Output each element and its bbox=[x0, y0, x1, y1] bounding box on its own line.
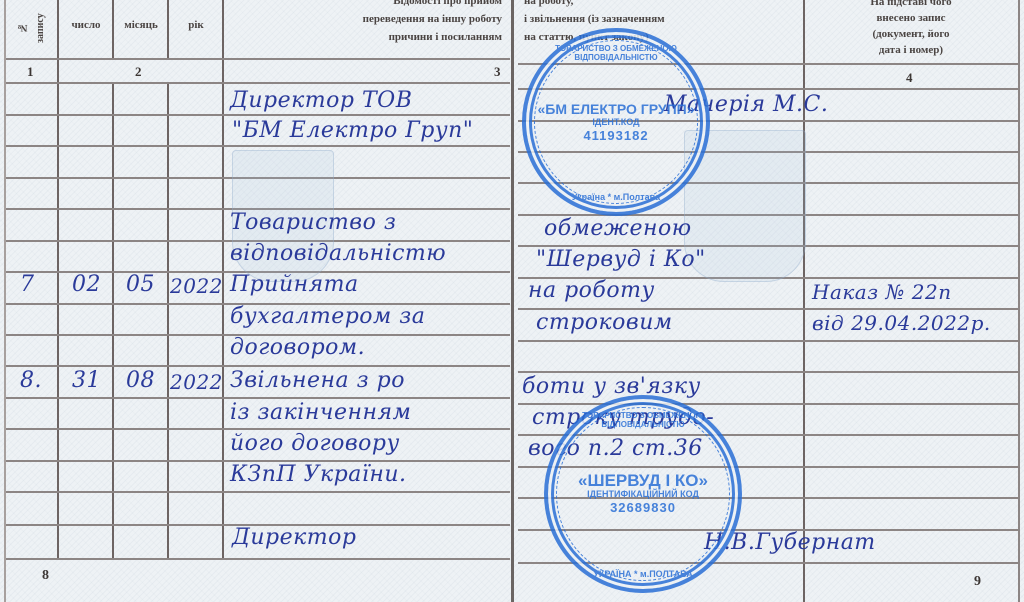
right-page: на роботу, і звільнення (із зазначенням … bbox=[514, 0, 1024, 602]
entry-text-line: на роботу bbox=[528, 278, 655, 303]
row-rule bbox=[6, 114, 510, 116]
row-rule bbox=[518, 340, 1018, 342]
entry-position-line: Директор ТОВ bbox=[230, 88, 412, 113]
row-rule bbox=[6, 58, 510, 60]
row-rule bbox=[6, 428, 510, 430]
header-month: місяць bbox=[115, 16, 167, 34]
row-rule bbox=[6, 491, 510, 493]
entry-number: 8. bbox=[20, 368, 42, 393]
header-line: причини і посиланням bbox=[230, 28, 502, 46]
entry-month: 05 bbox=[126, 272, 155, 297]
header-line: на роботу, bbox=[524, 0, 794, 10]
stamp-location: Україна * м.Полтава bbox=[526, 192, 706, 202]
header-day: число bbox=[60, 16, 112, 34]
entry-text-line: відповідальністю bbox=[230, 241, 446, 266]
stamp-ring-text: ТОВАРИСТВО З ОБМЕЖЕНОЮ ВІДПОВІДАЛЬНІСТЮ bbox=[526, 44, 706, 62]
column-divider bbox=[112, 0, 114, 58]
stamp-id-label: ІДЕНТИФІКАЦІЙНИЙ КОД bbox=[548, 489, 738, 500]
labor-book-spread: № запису число місяць рік Відомості про … bbox=[0, 0, 1024, 602]
stamp-company: «БМ ЕЛЕКТРО ГРУПП» bbox=[526, 101, 706, 117]
page-edge bbox=[4, 0, 6, 602]
row-rule bbox=[518, 371, 1018, 373]
row-rule bbox=[6, 82, 510, 84]
column-divider bbox=[803, 0, 805, 602]
column-divider bbox=[167, 83, 169, 560]
stamp-ring-text: ТОВАРИСТВО З ОБМЕЖЕНОЮ ВІДПОВІДАЛЬНІСТЮ bbox=[548, 411, 738, 429]
basis-date: від 29.04.2022р. bbox=[812, 311, 991, 335]
header-line: дата і номер) bbox=[806, 42, 1016, 58]
column-number-3: 3 bbox=[494, 64, 501, 80]
header-entry-number: № запису bbox=[14, 8, 50, 48]
signatory-title: Директор bbox=[232, 525, 356, 550]
entry-text-line: із закінченням bbox=[230, 400, 411, 425]
entry-text-line: його договору bbox=[230, 431, 400, 456]
page-number-right: 9 bbox=[974, 574, 981, 590]
header-year: рік bbox=[170, 16, 222, 34]
column-number-2: 2 bbox=[135, 64, 142, 80]
header-basis: На підставі чого внесено запис (документ… bbox=[806, 0, 1016, 58]
column-divider bbox=[167, 0, 169, 58]
entry-text-line: "Шервуд і Ко" bbox=[536, 247, 706, 272]
basis-document: Наказ № 22п bbox=[812, 280, 952, 304]
column-number-1: 1 bbox=[27, 64, 34, 80]
stamp-id-label: ІДЕНТ.КОД bbox=[526, 117, 706, 128]
entry-text-line: бухгалтером за bbox=[230, 304, 425, 329]
left-page: № запису число місяць рік Відомості про … bbox=[0, 0, 512, 602]
page-number-left: 8 bbox=[42, 568, 49, 584]
entry-text-line: Прийнята bbox=[230, 272, 359, 297]
entry-text-line: обмеженою bbox=[544, 216, 692, 241]
column-divider bbox=[57, 0, 59, 560]
stamp-company: «ШЕРВУД І КО» bbox=[548, 473, 738, 489]
page-edge bbox=[1018, 0, 1020, 602]
header-line: переведення на іншу роботу bbox=[230, 10, 502, 28]
stamp-location: УКРАЇНА * м.ПОЛТАВА bbox=[548, 569, 738, 579]
entry-day: 31 bbox=[72, 368, 101, 393]
company-stamp-bm-electro: ТОВАРИСТВО З ОБМЕЖЕНОЮ ВІДПОВІДАЛЬНІСТЮ … bbox=[522, 28, 710, 216]
entry-month: 08 bbox=[126, 368, 155, 393]
stamp-center: «БМ ЕЛЕКТРО ГРУПП» ІДЕНТ.КОД 41193182 bbox=[526, 101, 706, 143]
entry-text-line: договором. bbox=[230, 335, 365, 360]
entry-number: 7 bbox=[20, 272, 35, 297]
stamp-center: «ШЕРВУД І КО» ІДЕНТИФІКАЦІЙНИЙ КОД 32689… bbox=[548, 473, 738, 515]
row-rule bbox=[6, 558, 510, 560]
stamp-id-code: 32689830 bbox=[548, 500, 738, 515]
row-rule bbox=[6, 397, 510, 399]
header-line: (документ, його bbox=[806, 26, 1016, 42]
header-line: внесено запис bbox=[806, 10, 1016, 26]
entry-text-line: строковим bbox=[536, 310, 673, 335]
entry-year: 2022 bbox=[170, 274, 223, 298]
row-rule bbox=[6, 145, 510, 147]
entry-text-line: боти у зв'язку bbox=[522, 374, 701, 399]
entry-year: 2022 bbox=[170, 370, 223, 394]
header-line: Відомості про прийом bbox=[230, 0, 502, 10]
header-line: На підставі чого bbox=[806, 0, 1016, 10]
entry-text-line: КЗпП України. bbox=[230, 462, 407, 487]
entry-text-line: Товариство з bbox=[230, 210, 396, 235]
header-details-left: Відомості про прийом переведення на іншу… bbox=[230, 0, 502, 46]
entry-position-line: "БМ Електро Груп" bbox=[232, 118, 473, 143]
column-number-4: 4 bbox=[906, 70, 913, 86]
entry-day: 02 bbox=[72, 272, 101, 297]
stamp-id-code: 41193182 bbox=[526, 128, 706, 143]
row-rule bbox=[6, 365, 510, 367]
entry-text-line: Звільнена з ро bbox=[230, 368, 405, 393]
column-divider bbox=[112, 83, 114, 560]
header-line: і звільнення (із зазначенням bbox=[524, 10, 794, 28]
company-stamp-sherwood: ТОВАРИСТВО З ОБМЕЖЕНОЮ ВІДПОВІДАЛЬНІСТЮ … bbox=[544, 395, 742, 593]
